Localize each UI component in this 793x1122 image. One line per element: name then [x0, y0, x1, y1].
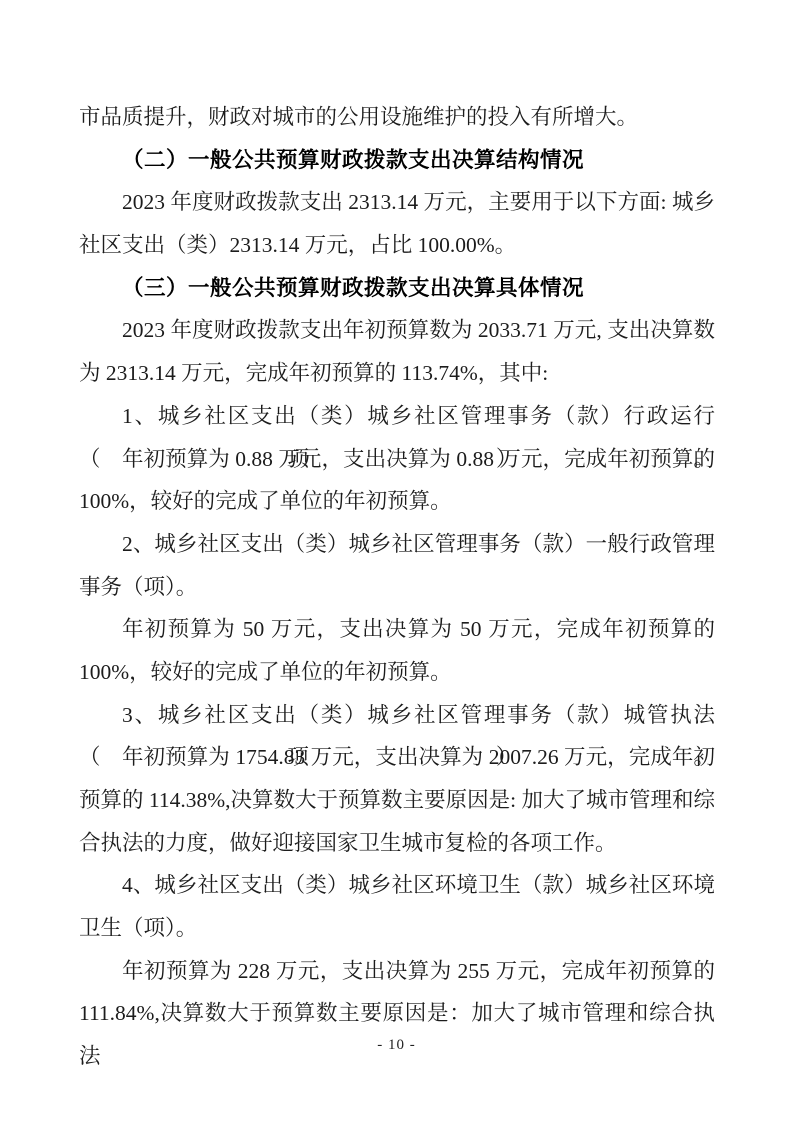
body-line: 卫生（项）。 [79, 907, 715, 950]
document-content: 市品质提升，财政对城市的公用设施维护的投入有所增大。（二）一般公共预算财政拨款支… [79, 96, 715, 1035]
body-line: 预算的 114.38%,决算数大于预算数主要原因是: 加大了城市管理和综 [79, 779, 715, 822]
body-line: 年初预算为 50 万元，支出决算为 50 万元，完成年初预算的 [79, 608, 715, 651]
body-line: 年初预算为 0.88 万元，支出决算为 0.88 万元，完成年初预算的 [79, 438, 715, 481]
document-page: 市品质提升，财政对城市的公用设施维护的投入有所增大。（二）一般公共预算财政拨款支… [0, 0, 793, 1122]
body-line: 111.84%,决算数大于预算数主要原因是：加大了城市管理和综合执法 [79, 992, 715, 1035]
body-line: 100%，较好的完成了单位的年初预算。 [79, 480, 715, 523]
body-line: 年初预算为 1754.83 万元，支出决算为 2007.26 万元，完成年初 [79, 736, 715, 779]
body-line: 2023 年度财政拨款支出年初预算数为 2033.71 万元, 支出决算数 [79, 309, 715, 352]
page-number: - 10 - [0, 1034, 793, 1056]
body-line: 1、城乡社区支出（类）城乡社区管理事务（款）行政运行（项）。 [79, 395, 715, 438]
body-line: 4、城乡社区支出（类）城乡社区环境卫生（款）城乡社区环境 [79, 864, 715, 907]
body-line: 2、城乡社区支出（类）城乡社区管理事务（款）一般行政管理 [79, 523, 715, 566]
body-line: 100%，较好的完成了单位的年初预算。 [79, 651, 715, 694]
body-line: 合执法的力度，做好迎接国家卫生城市复检的各项工作。 [79, 822, 715, 865]
heading-line: （二）一般公共预算财政拨款支出决算结构情况 [79, 139, 715, 182]
body-line: 为 2313.14 万元，完成年初预算的 113.74%，其中: [79, 352, 715, 395]
body-line: 事务（项）。 [79, 566, 715, 609]
body-line: 年初预算为 228 万元，支出决算为 255 万元，完成年初预算的 [79, 950, 715, 993]
body-line: 市品质提升，财政对城市的公用设施维护的投入有所增大。 [79, 96, 715, 139]
body-line: 社区支出（类）2313.14 万元，占比 100.00%。 [79, 224, 715, 267]
body-line: 2023 年度财政拨款支出 2313.14 万元，主要用于以下方面: 城乡 [79, 181, 715, 224]
heading-line: （三）一般公共预算财政拨款支出决算具体情况 [79, 267, 715, 310]
body-line: 3、城乡社区支出（类）城乡社区管理事务（款）城管执法（项）。 [79, 694, 715, 737]
